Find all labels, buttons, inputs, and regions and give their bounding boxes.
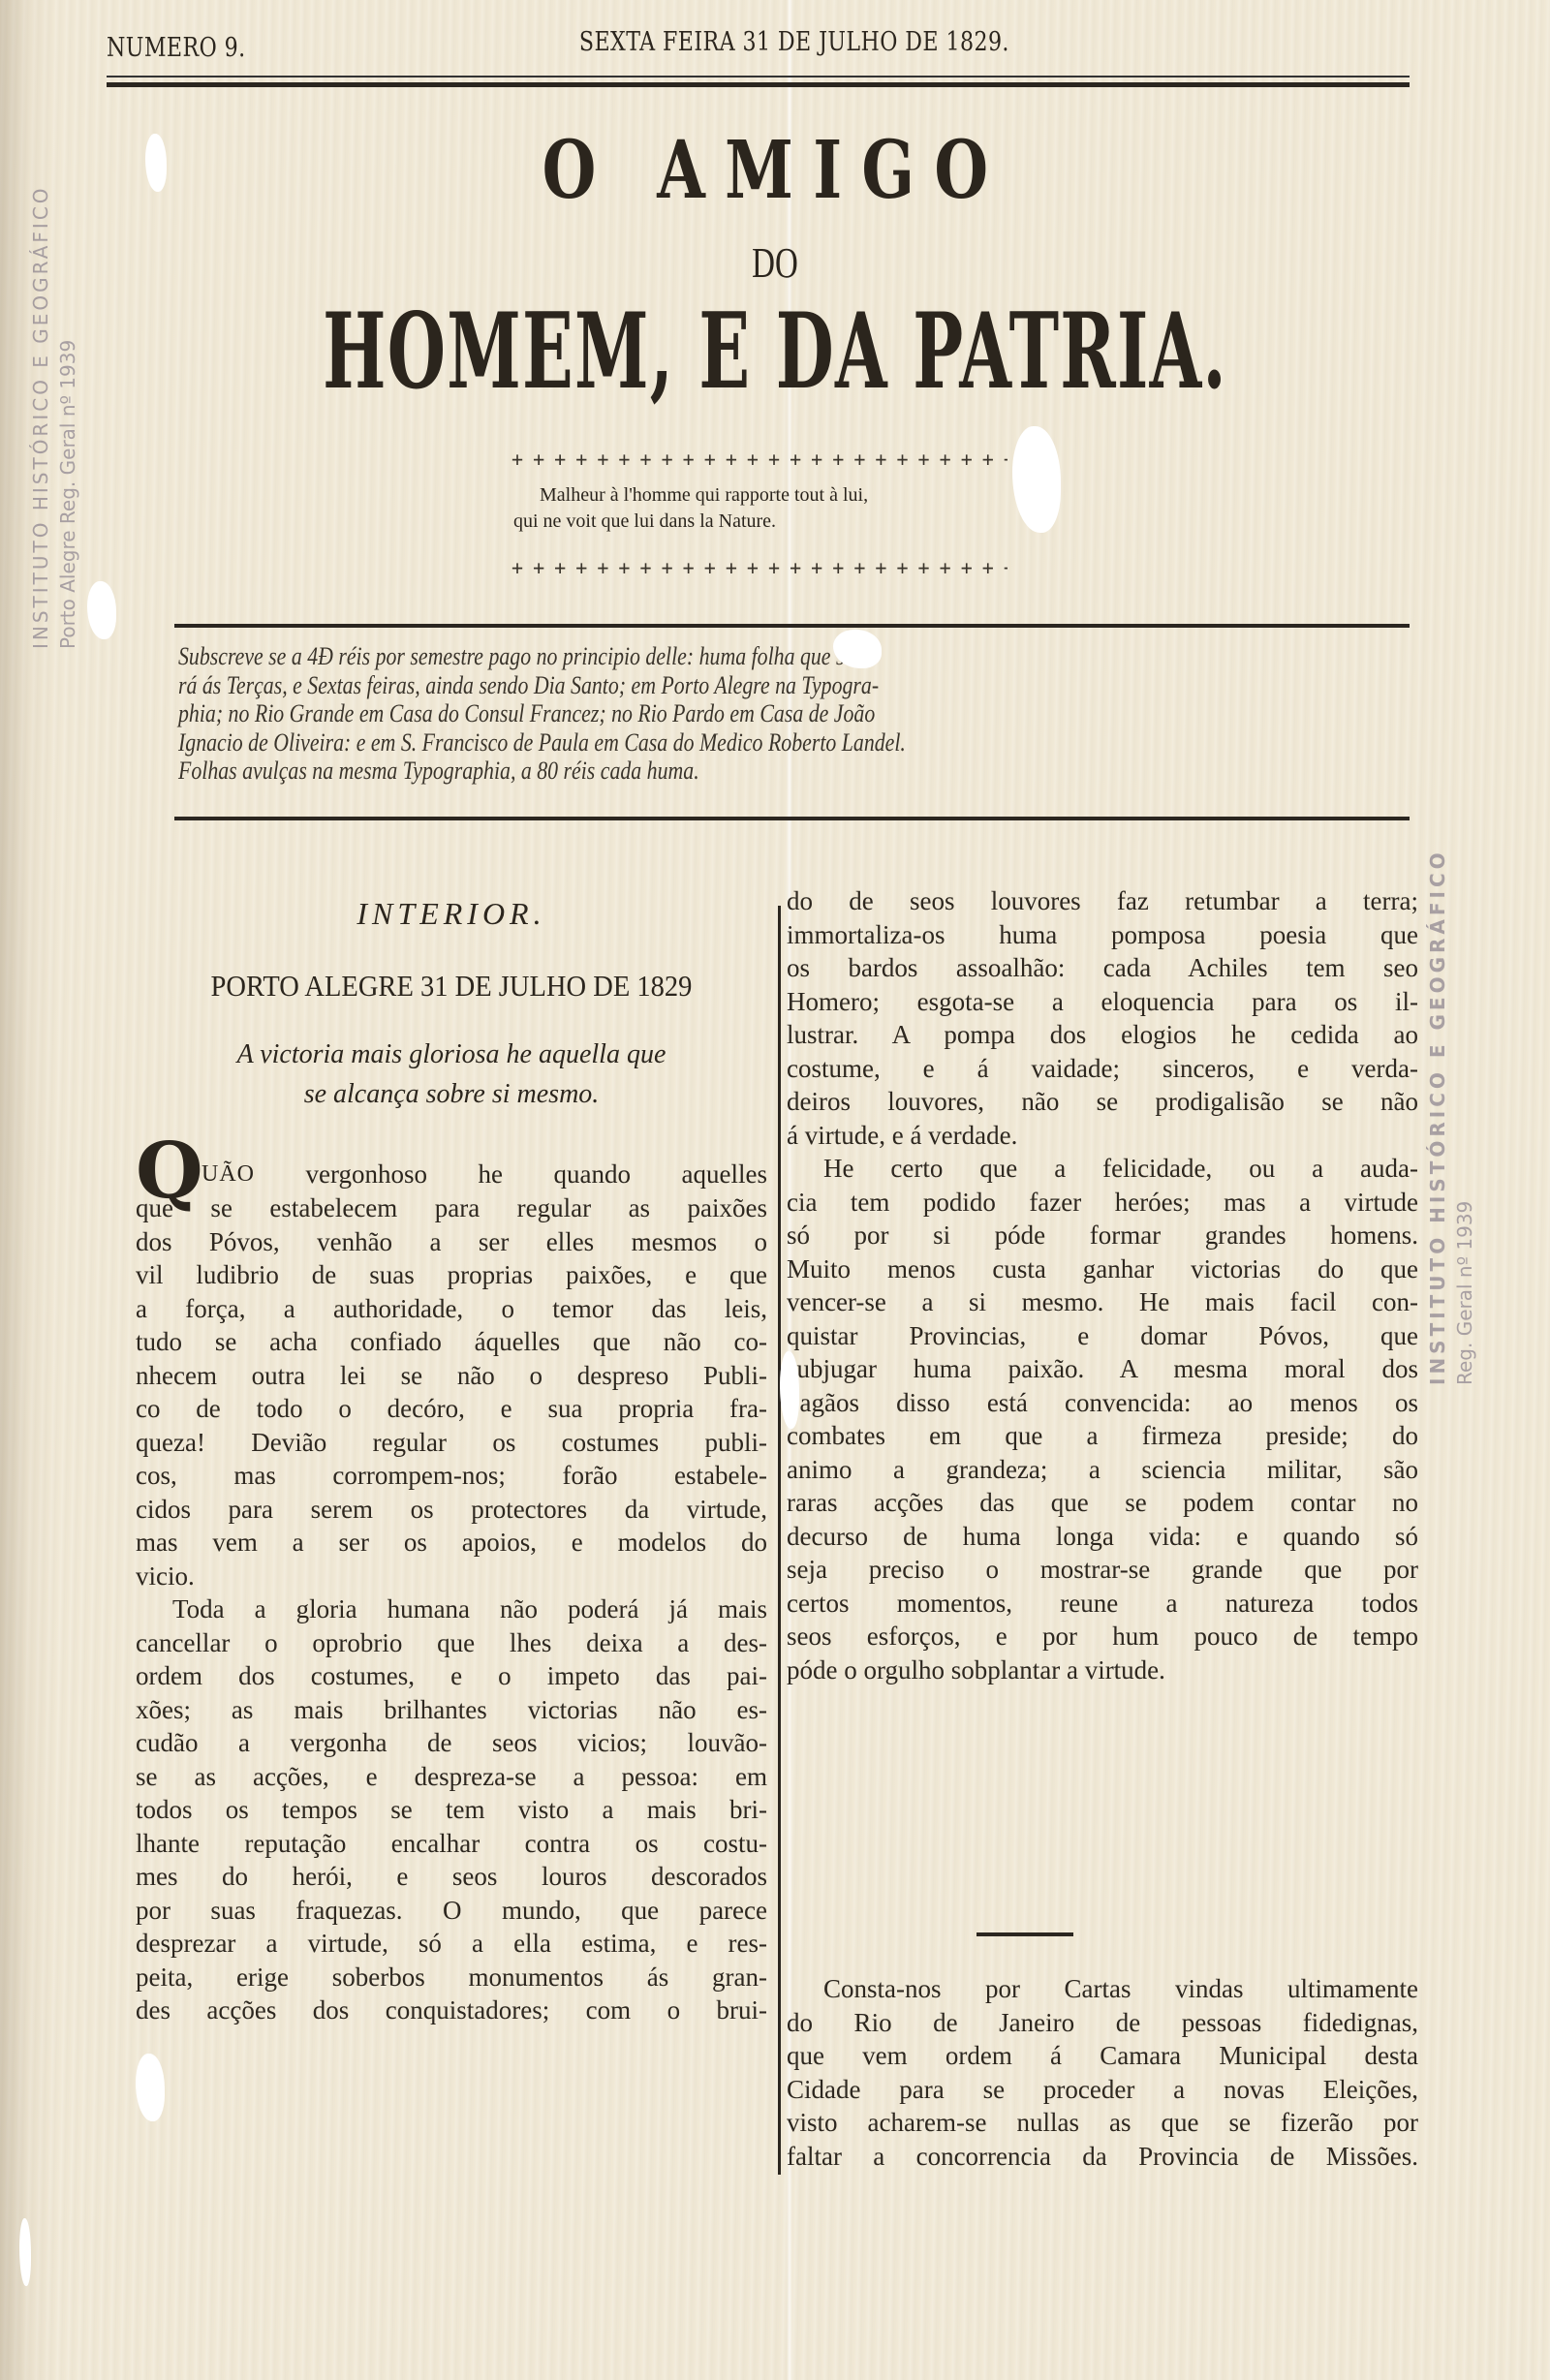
motto-line-1: Malheur à l'homme qui rapporte tout à lu… xyxy=(513,482,1017,509)
stamp-line: INSTITUTO HISTÓRICO E GEOGRÁFICO xyxy=(27,126,54,649)
motto-line-2: qui ne voit que lui dans la Nature. xyxy=(513,510,776,532)
text-line: Muito menos custa ganhar victorias do qu… xyxy=(787,1252,1418,1286)
text-line: Homero; esgota-se a eloquencia para os i… xyxy=(787,985,1418,1019)
text-line: cos, mas corrompem-nos; forão estabele- xyxy=(136,1459,767,1493)
text-line: os bardos assoalhão: cada Achiles tem se… xyxy=(787,951,1418,985)
text-line: por suas fraquezas. O mundo, que parece xyxy=(136,1894,767,1928)
text-line: deiros louvores, não se prodigalisão se … xyxy=(787,1085,1418,1119)
article-right-column: do de seos louvores faz retumbar a terra… xyxy=(787,884,1418,1686)
section-heading-interior: INTERIOR. xyxy=(136,896,767,932)
subscription-line: phia; no Rio Grande em Casa do Consul Fr… xyxy=(178,699,1212,728)
article-first-line: UÃO vergonhoso he quando aquelles xyxy=(201,1158,767,1191)
article-left-column: que se estabelecem para regular as paixõ… xyxy=(136,1191,767,2027)
subscription-bottom-rule xyxy=(174,817,1410,820)
text-line: vencer-se a si mesmo. He mais facil con- xyxy=(787,1285,1418,1319)
word: he xyxy=(479,1158,503,1191)
text-line: combates em que a firmeza preside; do xyxy=(787,1419,1418,1453)
text-line: á virtude, e á verdade. xyxy=(787,1119,1418,1153)
text-line: subjugar huma paixão. A mesma moral dos xyxy=(787,1352,1418,1386)
stamp-line: Reg. Geral nº 1939 xyxy=(1453,1201,1476,1385)
text-line: Toda a gloria humana não poderá já mais xyxy=(136,1592,767,1626)
archive-stamp-right: INSTITUTO HISTÓRICO E GEOGRÁFICO Reg. Ge… xyxy=(1424,765,1511,1385)
text-line: Consta-nos por Cartas vindas ultimamente xyxy=(787,1972,1418,2006)
title-o-amigo: O AMIGO xyxy=(170,124,1379,217)
motto: Malheur à l'homme qui rapporte tout à lu… xyxy=(513,482,1017,535)
text-line: que vem ordem á Camara Municipal desta xyxy=(787,2039,1418,2073)
article-epigraph: A victoria mais gloriosa he aquella que … xyxy=(155,1035,748,1114)
text-line: se as acções, e despreza-se a pessoa: em xyxy=(136,1760,767,1794)
subscription-line: rá ás Terças, e Sextas feiras, ainda sen… xyxy=(178,671,1212,700)
subscription-top-rule xyxy=(174,624,1410,628)
text-line: cudão a vergonha de seos vicios; louvão- xyxy=(136,1726,767,1760)
text-line: seos esforços, e por hum pouco de tempo xyxy=(787,1620,1418,1654)
text-line: Cidade para se proceder a novas Eleições… xyxy=(787,2073,1418,2107)
text-line: mes do herói, e seos louros descorados xyxy=(136,1860,767,1894)
text-line: pagãos disso está convencida: ao menos o… xyxy=(787,1386,1418,1420)
text-line: cia tem podido fazer heróes; mas a virtu… xyxy=(787,1186,1418,1220)
subscription-notice: Subscreve se a 4Ɖ réis por semestre pago… xyxy=(178,642,1409,786)
text-line: peita, erige soberbos monumentos ás gran… xyxy=(136,1961,767,1994)
text-line: co de todo o decóro, e sua propria fra- xyxy=(136,1392,767,1426)
text-line: cidos para serem os protectores da virtu… xyxy=(136,1493,767,1527)
text-line: seja preciso o mostrar-se grande que por xyxy=(787,1553,1418,1587)
epigraph-line-1: A victoria mais gloriosa he aquella que xyxy=(155,1035,748,1074)
issue-date: SEXTA FEIRA 31 DE JULHO DE 1829. xyxy=(579,27,1009,57)
text-line: dos Póvos, venhão a ser elles mesmos o xyxy=(136,1225,767,1259)
text-line: faltar a concorrencia da Provincia de Mi… xyxy=(787,2140,1418,2174)
text-line: immortaliza-os huma pomposa poesia que xyxy=(787,918,1418,952)
text-line: vicio. xyxy=(136,1560,767,1593)
article-dateline: PORTO ALEGRE 31 DE JULHO DE 1829 xyxy=(161,969,742,1004)
text-line: mas vem a ser os apoios, e modelos do xyxy=(136,1526,767,1560)
ornament-rule-top: + + + + + + + + + + + + + + + + + + + + … xyxy=(511,448,1007,467)
title-homem-e-da-patria: HOMEM, E DA PATRIA. xyxy=(279,291,1271,413)
masthead-double-rule xyxy=(107,76,1410,87)
section-separator-rule xyxy=(976,1932,1073,1936)
paper-hole xyxy=(19,2218,31,2286)
text-line: des acções dos conquistadores; com o bru… xyxy=(136,1994,767,2027)
text-line: lustrar. A pompa dos elogios he cedida a… xyxy=(787,1018,1418,1052)
word: aquelles xyxy=(682,1158,767,1191)
text-line: cancellar o oprobrio que lhes deixa a de… xyxy=(136,1626,767,1660)
text-line: que se estabelecem para regular as paixõ… xyxy=(136,1191,767,1225)
first-word-smallcaps: UÃO xyxy=(201,1158,255,1191)
text-line: certos momentos, reune a natureza todos xyxy=(787,1587,1418,1621)
text-line: do de seos louvores faz retumbar a terra… xyxy=(787,884,1418,918)
text-line: todos os tempos se tem visto a mais bri- xyxy=(136,1793,767,1827)
text-line: lhante reputação encalhar contra os cost… xyxy=(136,1827,767,1861)
text-line: póde o orgulho sobplantar a virtude. xyxy=(787,1654,1418,1687)
subscription-line: Subscreve se a 4Ɖ réis por semestre pago… xyxy=(178,642,1212,671)
ornament-rule-bottom: + + + + + + + + + + + + + + + + + + + + … xyxy=(511,556,1007,575)
stamp-line: Porto Alegre Reg. Geral nº 1939 xyxy=(56,340,79,649)
subscription-line: Ignacio de Oliveira: e em S. Francisco d… xyxy=(178,728,1212,757)
text-line: desprezar a virtude, só a ella estima, e… xyxy=(136,1927,767,1961)
text-line: raras acções das que se podem contar no xyxy=(787,1486,1418,1520)
text-line: decurso de huma longa vida: e quando só xyxy=(787,1520,1418,1554)
text-line: tudo se acha confiado áquelles que não c… xyxy=(136,1325,767,1359)
news-item-eleicoes: Consta-nos por Cartas vindas ultimamente… xyxy=(787,1972,1418,2173)
word: quando xyxy=(554,1158,631,1191)
paper-hole xyxy=(780,1351,799,1429)
text-line: só por si póde formar grandes homens. xyxy=(787,1219,1418,1252)
text-line: nhecem outra lei se não o despreso Publi… xyxy=(136,1359,767,1393)
text-line: ordem dos costumes, e o impeto das pai- xyxy=(136,1659,767,1693)
text-line: quistar Provincias, e domar Póvos, que xyxy=(787,1319,1418,1353)
text-line: vil ludibrio de suas proprias paixões, e… xyxy=(136,1258,767,1292)
text-line: visto acharem-se nullas as que se fizerã… xyxy=(787,2106,1418,2140)
archive-stamp-left: INSTITUTO HISTÓRICO E GEOGRÁFICO Porto A… xyxy=(27,126,114,649)
word: vergonhoso xyxy=(306,1158,428,1191)
text-line: costume, e á vaidade; sinceros, e verda- xyxy=(787,1052,1418,1086)
stamp-line: INSTITUTO HISTÓRICO E GEOGRÁFICO xyxy=(1424,765,1451,1385)
column-divider xyxy=(778,906,781,2175)
subscription-line: Folhas avulças na mesma Typographia, a 8… xyxy=(178,757,1212,786)
text-line: xões; as mais brilhantes victorias não e… xyxy=(136,1693,767,1727)
issue-number: NUMERO 9. xyxy=(107,33,345,63)
text-line: a força, a authoridade, o temor das leis… xyxy=(136,1292,767,1326)
epigraph-line-2: se alcança sobre si mesmo. xyxy=(155,1074,748,1114)
title-do: DO xyxy=(194,238,1356,288)
text-line: do Rio de Janeiro de pessoas fidedignas, xyxy=(787,2006,1418,2040)
text-line: queza! Devião regular os costumes publi- xyxy=(136,1426,767,1460)
text-line: animo a grandeza; a sciencia militar, sã… xyxy=(787,1453,1418,1487)
masthead-info-row: NUMERO 9. SEXTA FEIRA 31 DE JULHO DE 182… xyxy=(107,27,1147,66)
text-line: He certo que a felicidade, ou a auda- xyxy=(787,1152,1418,1186)
paper-hole xyxy=(145,134,167,192)
